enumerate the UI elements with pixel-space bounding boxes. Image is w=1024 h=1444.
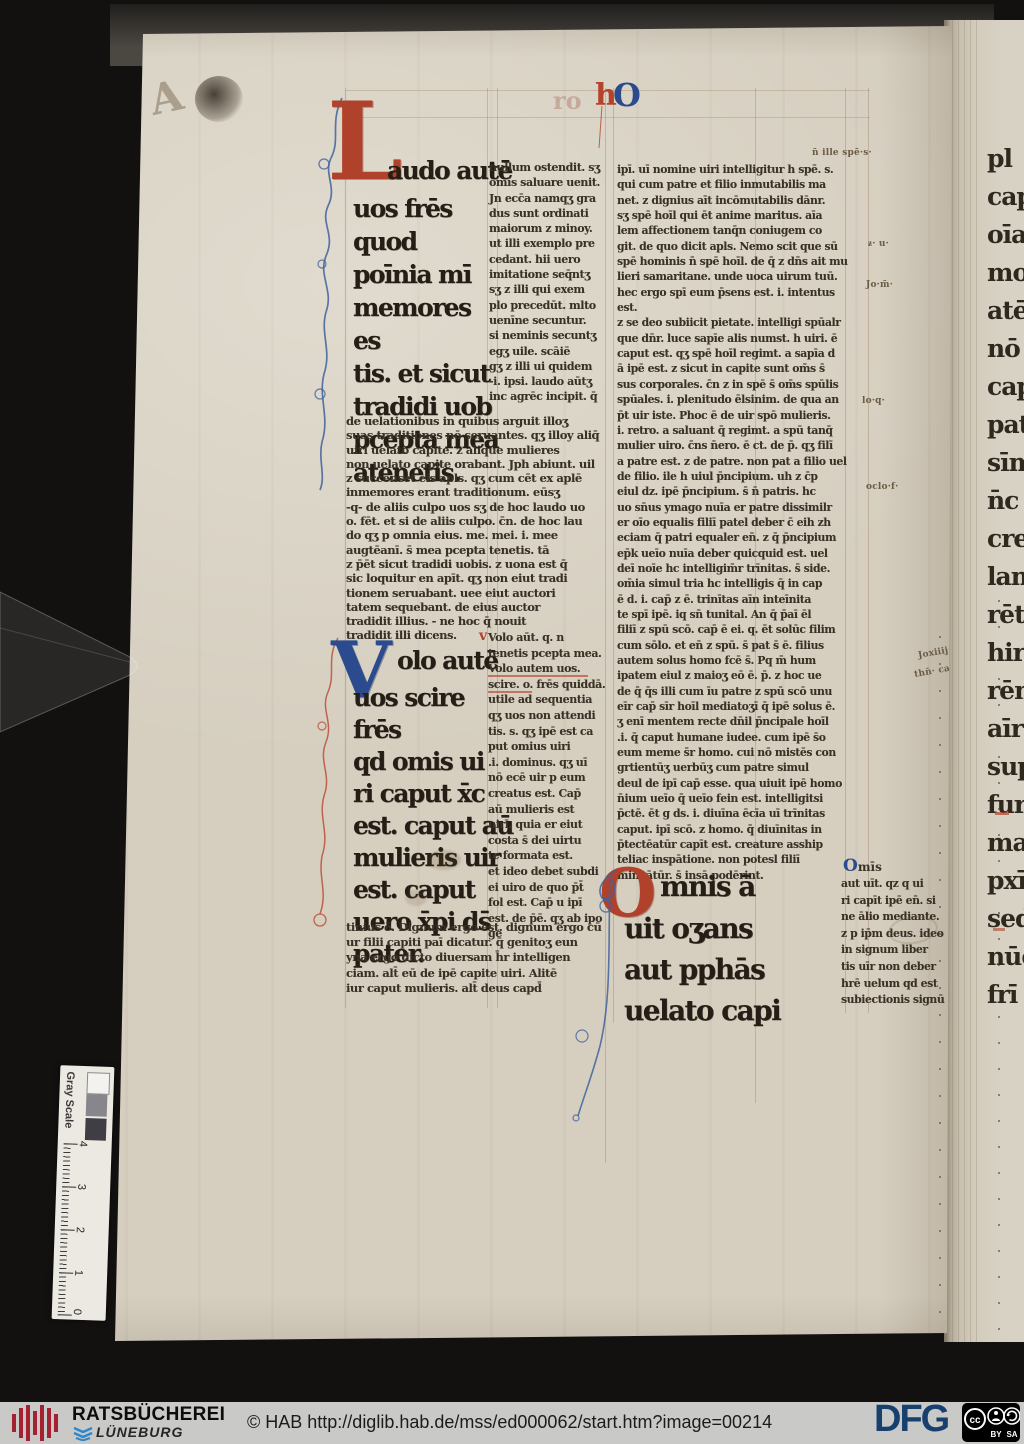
ruler-major-tick (58, 1314, 72, 1315)
library-name: RATSBÜCHEREI (72, 1404, 225, 1426)
pricking-dots-facing (998, 600, 1000, 1330)
gray-patch-white (86, 1072, 110, 1095)
margin-note: Joxiiij· (917, 645, 952, 661)
ruler-number: 1 (72, 1270, 84, 1277)
page-holder-clip[interactable] (0, 570, 152, 750)
pen-flourish-blue-descender (560, 866, 630, 1126)
dfg-logo: DFG (874, 1398, 948, 1441)
ruling-line-horizontal (345, 117, 870, 118)
col2-text: ipī. uī nomine uiri intelligitur h spē. … (617, 162, 849, 883)
ruler-number: 0 (71, 1309, 83, 1316)
gray-patch-dark (85, 1118, 107, 1141)
old-ink-mark: A (145, 70, 187, 125)
cc-badge-graphic: cc BY SA (962, 1403, 1020, 1442)
lemma3-first-line: mnis ā (660, 870, 755, 903)
library-city: LÜNEBURG (96, 1424, 183, 1440)
gray-scale-label: Gray Scale (62, 1071, 76, 1128)
margin-note: Jo·m̄· (866, 280, 893, 290)
gloss1-text: nullum ostendit. sʒ omīs saluare uenit. … (489, 160, 605, 405)
gray-patch-mid (86, 1094, 108, 1117)
pricking-dots (939, 636, 941, 1326)
svg-text:BY: BY (990, 1430, 1002, 1439)
gray-scale-ruler[interactable]: Gray Scale 4 3 2 1 0 (52, 1065, 115, 1321)
running-header-blue: O (613, 76, 641, 114)
gloss3-headword: Omīs (843, 856, 882, 876)
red-underline (488, 675, 588, 677)
footer-bar: RATSBÜCHEREI LÜNEBURG © HAB http://digli… (0, 1402, 1024, 1444)
parchment-stain (427, 850, 461, 870)
parchment-stain (405, 890, 427, 906)
margin-note: lo·q· (862, 396, 885, 406)
red-paragraph-mark: v (479, 628, 487, 644)
facing-page-text: pl cap oīa mo atē nō capt pat sīm n̄c cr… (987, 140, 1024, 1014)
cc-letters: cc (969, 1415, 981, 1426)
margin-note: oclo·f· (866, 482, 898, 492)
ink-blot (195, 76, 243, 122)
gloss3-first-word: mīs (858, 860, 882, 874)
lemma2-first-line: olo autē (397, 646, 498, 675)
ruler-number: 3 (75, 1184, 87, 1191)
margin-note: ᵶ· u· (868, 238, 889, 249)
lemma3-text: uit oʒans aut pphās uelato capi (624, 908, 824, 1031)
library-waves-icon (72, 1425, 94, 1441)
manuscript-leaf: A ro h O n̄ ille spē·s· L audo autē uos … (55, 18, 970, 1348)
cc-by-sa-badge[interactable]: cc BY SA (962, 1403, 1020, 1442)
credit-link[interactable]: © HAB http://diglib.hab.de/mss/ed000062/… (247, 1412, 772, 1433)
library-pipes-icon (10, 1404, 64, 1442)
gloss3-initial: O (843, 856, 858, 876)
running-header-ghost: ro (553, 86, 582, 115)
ruler-number: 4 (77, 1141, 89, 1148)
svg-text:SA: SA (1006, 1430, 1017, 1439)
margin-note-top: n̄ ille spē·s· (812, 148, 872, 158)
commentary1-text: de uelationibus in quibus arguit illoʒ s… (346, 414, 608, 643)
ruler-number: 2 (74, 1227, 86, 1234)
digitized-manuscript-photo: pl cap oīa mo atē nō capt pat sīm n̄c cr… (0, 0, 1024, 1444)
red-underline (488, 691, 532, 693)
